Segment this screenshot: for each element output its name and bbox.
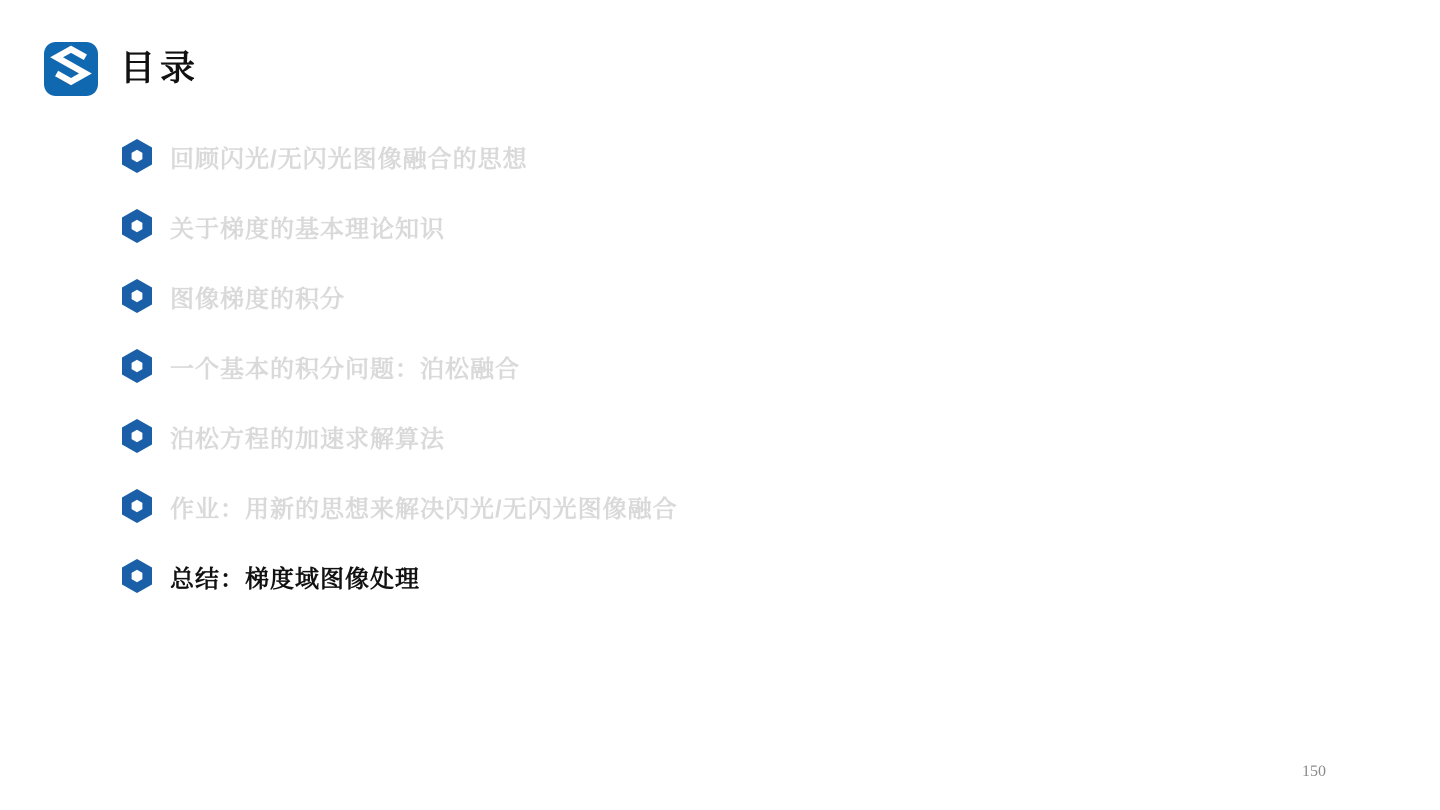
hexagon-bullet-icon xyxy=(122,489,152,523)
toc-item-4[interactable]: 一个基本的积分问题：泊松融合 xyxy=(122,331,678,401)
hexagon-bullet-icon xyxy=(122,419,152,453)
toc-item-2[interactable]: 关于梯度的基本理论知识 xyxy=(122,191,678,261)
toc-item-5[interactable]: 泊松方程的加速求解算法 xyxy=(122,401,678,471)
toc-list: 回顾闪光/无闪光图像融合的思想 关于梯度的基本理论知识 图像梯度的积分 一个基本… xyxy=(122,121,678,611)
toc-item-7[interactable]: 总结：梯度域图像处理 xyxy=(122,541,678,611)
hexagon-bullet-icon xyxy=(122,349,152,383)
toc-item-label: 作业：用新的思想来解决闪光/无闪光图像融合 xyxy=(170,489,678,524)
toc-item-1[interactable]: 回顾闪光/无闪光图像融合的思想 xyxy=(122,121,678,191)
page-number: 150 xyxy=(1302,763,1326,781)
hexagon-bullet-icon xyxy=(122,279,152,313)
page-title: 目录 xyxy=(120,42,200,96)
hexagon-bullet-icon xyxy=(122,349,152,383)
toc-item-label: 总结：梯度域图像处理 xyxy=(170,559,420,594)
toc-item-label: 关于梯度的基本理论知识 xyxy=(170,209,445,244)
hexagon-bullet-icon xyxy=(122,279,152,313)
hexagon-bullet-icon xyxy=(122,209,152,243)
hexagon-bullet-icon xyxy=(122,419,152,453)
hexagon-bullet-icon xyxy=(122,489,152,523)
toc-item-6[interactable]: 作业：用新的思想来解决闪光/无闪光图像融合 xyxy=(122,471,678,541)
toc-item-label: 一个基本的积分问题：泊松融合 xyxy=(170,349,520,384)
hexagon-bullet-icon xyxy=(122,559,152,593)
hexagon-bullet-icon xyxy=(122,139,152,173)
hexagon-bullet-icon xyxy=(122,139,152,173)
hexagon-bullet-icon xyxy=(122,209,152,243)
toc-item-label: 泊松方程的加速求解算法 xyxy=(170,419,445,454)
toc-item-label: 回顾闪光/无闪光图像融合的思想 xyxy=(170,139,528,174)
slide-header: 目录 xyxy=(44,42,200,96)
hexagon-bullet-icon xyxy=(122,559,152,593)
toc-item-label: 图像梯度的积分 xyxy=(170,279,345,314)
toc-item-3[interactable]: 图像梯度的积分 xyxy=(122,261,678,331)
s-logo-icon xyxy=(44,42,98,96)
s-logo-icon xyxy=(44,42,98,96)
